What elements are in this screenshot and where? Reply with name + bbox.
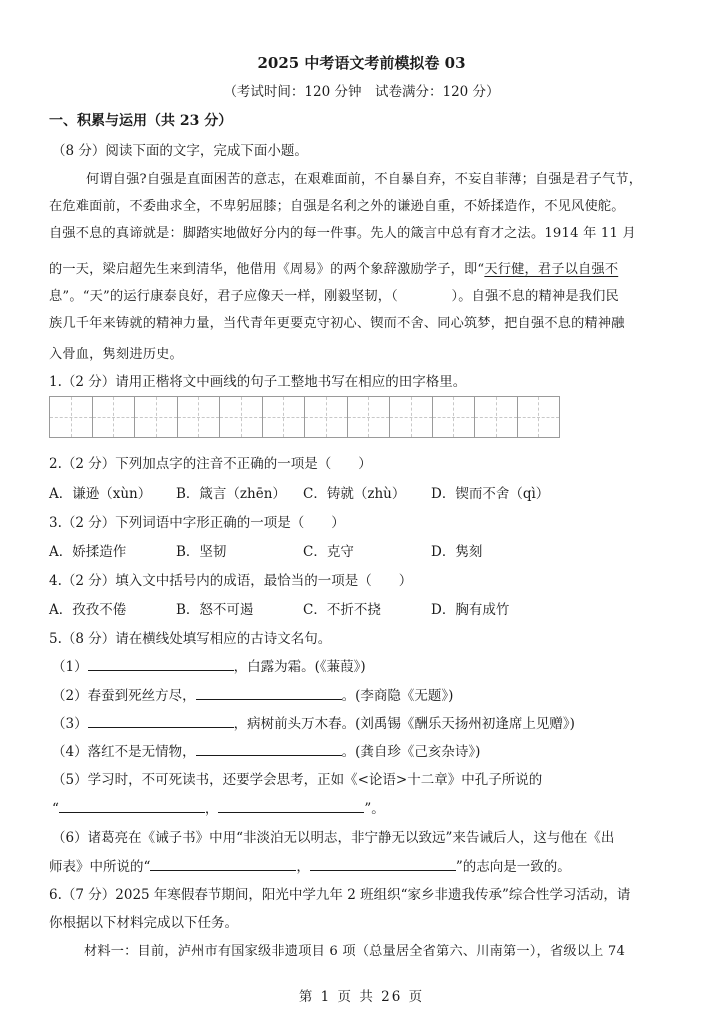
grid-cell[interactable] bbox=[263, 397, 306, 437]
item-number: （3） bbox=[52, 716, 88, 732]
grid-cell[interactable] bbox=[178, 397, 221, 437]
item-after: ”的志向是一致的。 bbox=[456, 859, 571, 875]
q2-option-c[interactable]: C．铸就（zhù） bbox=[303, 482, 405, 502]
item-number: （5） bbox=[52, 772, 88, 788]
exam-subtitle: （考试时间：120 分钟 试卷满分：120 分） bbox=[0, 80, 723, 100]
q5-item-6: （6）诸葛亮在《诫子书》中用“非淡泊无以明志，非宁静无以致远”来告诫后人，这与他… bbox=[52, 826, 614, 846]
exam-title: 2025 中考语文考前模拟卷 03 bbox=[0, 52, 723, 73]
question-6-line-1: 6.（7 分）2025 年寒假春节期间，阳光中学九年 2 班组织“家乡非遗我传承… bbox=[49, 883, 630, 903]
reading-intro: （8 分）阅读下面的文字，完成下面小题。 bbox=[52, 139, 308, 159]
question-5: 5.（8 分）请在横线处填写相应的古诗文名句。 bbox=[49, 627, 331, 647]
item-after: ，白露为霜。(《蒹葭》) bbox=[234, 659, 366, 675]
answer-blank[interactable] bbox=[196, 685, 342, 700]
q5-item-6-blanks: 师表》中所说的“，”的志向是一致的。 bbox=[49, 855, 571, 875]
q3-option-b[interactable]: B．坚韧 bbox=[176, 540, 226, 560]
answer-blank[interactable] bbox=[196, 741, 342, 756]
q5-item-2: （2）春蚕到死丝方尽，。(李商隐《无题》) bbox=[52, 684, 453, 704]
passage-line-4: 的一天，梁启超先生来到清华，他借用《周易》的两个象辞激励学子，即“天行健，君子以… bbox=[49, 258, 618, 277]
answer-blank[interactable] bbox=[88, 656, 234, 671]
item-number: （1） bbox=[52, 659, 88, 675]
q3-option-a[interactable]: A．娇揉造作 bbox=[49, 540, 126, 560]
answer-blank[interactable] bbox=[218, 798, 364, 813]
item-before: 落红不是无情物， bbox=[88, 744, 196, 760]
q2-option-a[interactable]: A．谦逊（xùn） bbox=[49, 482, 151, 502]
passage-line-6: 族几千年来铸就的精神力量，当代青年更要克守初心、锲而不舍、同心筑梦，把自强不息的… bbox=[49, 312, 625, 331]
grid-cell[interactable] bbox=[433, 397, 476, 437]
q3-option-c[interactable]: C．克守 bbox=[303, 540, 354, 560]
item-number: （2） bbox=[52, 688, 88, 704]
item-number: （6） bbox=[52, 830, 88, 846]
question-4: 4.（2 分）填入文中括号内的成语，最恰当的一项是（ ） bbox=[49, 569, 412, 589]
item-before: 师表》中所说的“ bbox=[49, 859, 150, 875]
question-3: 3.（2 分）下列词语中字形正确的一项是（ ） bbox=[49, 511, 345, 531]
item-before: 春蚕到死丝方尽， bbox=[88, 688, 196, 704]
separator: ， bbox=[296, 859, 310, 875]
question-6-line-2: 你根据以下材料完成以下任务。 bbox=[49, 911, 238, 931]
q2-option-d[interactable]: D．锲而不舍（qì） bbox=[431, 482, 549, 502]
section-heading: 一、积累与运用（共 23 分） bbox=[49, 110, 232, 130]
answer-blank[interactable] bbox=[59, 798, 205, 813]
passage-line-7: 入骨血，隽刻进历史。 bbox=[49, 343, 183, 362]
grid-cell[interactable] bbox=[50, 397, 93, 437]
question-2: 2.（2 分）下列加点字的注音不正确的一项是（ ） bbox=[49, 452, 372, 472]
q4-option-a[interactable]: A．孜孜不倦 bbox=[49, 598, 126, 618]
close-quote: ”。 bbox=[364, 801, 384, 817]
grid-cell[interactable] bbox=[390, 397, 433, 437]
q5-item-3: （3），病树前头万木春。(刘禹锡《酬乐天扬州初逢席上见赠》) bbox=[52, 712, 575, 732]
q2-option-b[interactable]: B．箴言（zhēn） bbox=[176, 482, 286, 502]
item-before: 学习时，不可死读书，还要学会思考，正如《<论语>十二章》中孔子所说的 bbox=[88, 772, 543, 788]
passage-line-4-text: 的一天，梁启超先生来到清华，他借用《周易》的两个象辞激励学子，即“ bbox=[49, 262, 484, 277]
grid-cell[interactable] bbox=[93, 397, 136, 437]
answer-blank[interactable] bbox=[88, 713, 234, 728]
q5-item-1: （1），白露为霜。(《蒹葭》) bbox=[52, 655, 366, 675]
answer-blank[interactable] bbox=[310, 856, 456, 871]
item-after: 。(龚自珍《己亥杂诗》) bbox=[342, 744, 481, 760]
q4-option-c[interactable]: C．不折不挠 bbox=[303, 598, 381, 618]
grid-cell[interactable] bbox=[305, 397, 348, 437]
grid-cell[interactable] bbox=[475, 397, 518, 437]
q5-item-4: （4）落红不是无情物，。(龚自珍《己亥杂诗》) bbox=[52, 740, 480, 760]
grid-cell[interactable] bbox=[135, 397, 178, 437]
grid-cell[interactable] bbox=[220, 397, 263, 437]
passage-line-5: 息”。“天”的运行康泰良好，君子应像天一样，刚毅坚韧，（ ）。自强不息的精神是我… bbox=[49, 285, 619, 304]
page-footer: 第 1 页 共 26 页 bbox=[0, 985, 723, 1005]
item-before: 诸葛亮在《诫子书》中用“非淡泊无以明志，非宁静无以致远”来告诫后人，这与他在《出 bbox=[88, 830, 615, 846]
q5-item-5: （5）学习时，不可死读书，还要学会思考，正如《<论语>十二章》中孔子所说的 bbox=[52, 768, 542, 788]
answer-blank[interactable] bbox=[150, 856, 296, 871]
grid-cell[interactable] bbox=[518, 397, 560, 437]
underlined-sentence: 天行健，君子以自强不 bbox=[484, 262, 618, 277]
tian-zi-grid[interactable] bbox=[49, 396, 560, 438]
separator: ， bbox=[205, 801, 219, 817]
q3-option-d[interactable]: D．隽刻 bbox=[431, 540, 482, 560]
item-number: （4） bbox=[52, 744, 88, 760]
grid-cell[interactable] bbox=[348, 397, 391, 437]
material-1: 材料一：目前，泸州市有国家级非遗项目 6 项（总量居全省第六、川南第一），省级以… bbox=[84, 940, 625, 959]
open-quote: “ bbox=[52, 801, 59, 817]
item-after: 。(李商隐《无题》) bbox=[342, 688, 454, 704]
question-1: 1.（2 分）请用正楷将文中画线的句子工整地书写在相应的田字格里。 bbox=[49, 370, 466, 390]
item-after: ，病树前头万木春。(刘禹锡《酬乐天扬州初逢席上见赠》) bbox=[234, 716, 575, 732]
passage-line-1: 何谓自强?自强是直面困苦的意志，在艰难面前，不自暴自弃，不妄自菲薄；自强是君子气… bbox=[86, 168, 642, 187]
passage-line-2: 在危难面前，不委曲求全，不卑躬屈膝；自强是名利之外的谦逊自重，不娇揉造作，不见风… bbox=[49, 195, 625, 214]
q4-option-b[interactable]: B．怒不可遏 bbox=[176, 598, 253, 618]
q4-option-d[interactable]: D．胸有成竹 bbox=[431, 598, 509, 618]
passage-line-3: 自强不息的真谛就是：脚踏实地做好分内的每一件事。先人的箴言中总有育才之法。191… bbox=[49, 222, 636, 241]
q5-item-5-blanks: “，”。 bbox=[52, 797, 385, 817]
